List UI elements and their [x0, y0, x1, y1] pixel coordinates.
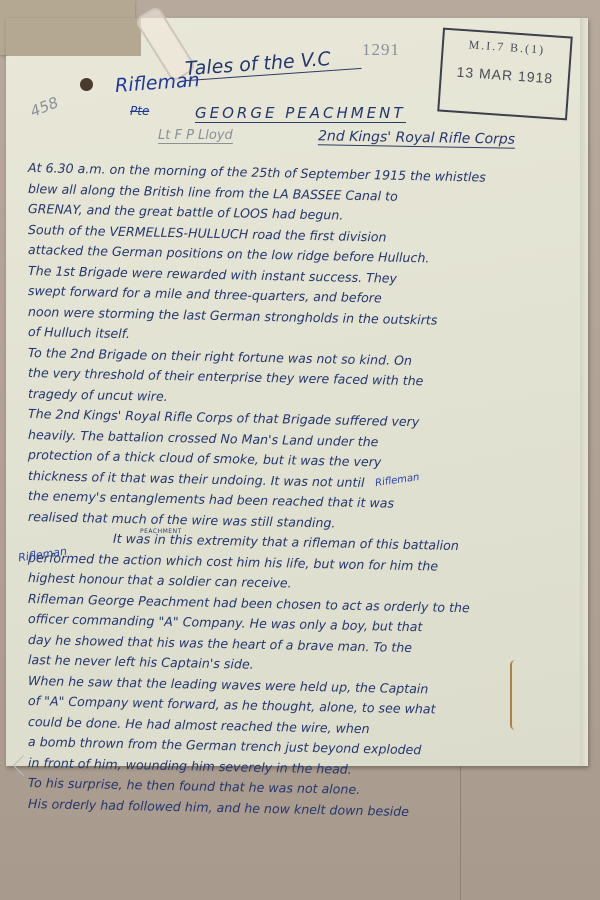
author-name: Lt F P Lloyd [158, 128, 233, 144]
document-body: At 6.30 a.m. on the morning of the 25th … [28, 158, 588, 814]
paper-corner-overlap [6, 18, 141, 56]
received-stamp: M.I.7 B.(1) 13 MAR 1918 [437, 28, 573, 121]
stamp-office: M.I.7 B.(1) [443, 36, 570, 60]
brown-bracket-mark [510, 660, 520, 730]
stamp-date: 13 MAR 1918 [442, 63, 569, 88]
soldier-name: GEORGE PEACHMENT [195, 104, 406, 123]
document-number: 1291 [362, 40, 400, 60]
rank-struck: Pte [130, 104, 149, 118]
unit-name: 2nd Kings' Royal Rifle Corps [318, 128, 515, 148]
annotation-peachment: PEACHMENT [140, 528, 182, 535]
punch-hole [80, 78, 93, 91]
